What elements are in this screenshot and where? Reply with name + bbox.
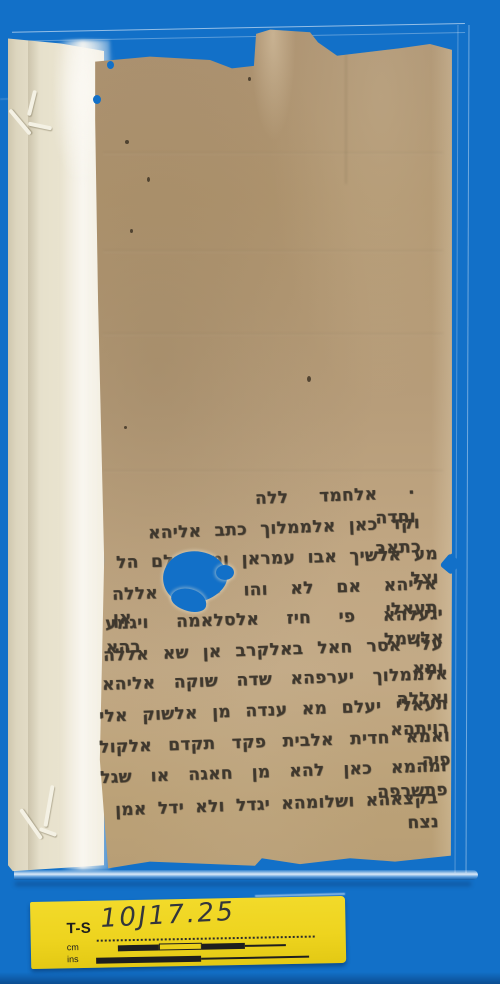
ink-speck (124, 426, 127, 429)
ink-speck (248, 77, 251, 81)
sleeve-bottom-shadow (15, 882, 471, 886)
ink-speck (307, 376, 311, 382)
ink-speck (147, 177, 150, 182)
photo-vignette (0, 972, 500, 984)
ruler-cm-bar (118, 941, 286, 951)
worm-hole (93, 95, 101, 104)
paper-crease (345, 54, 347, 184)
sleeve-bottom-edge (14, 870, 478, 880)
ruler-ins-bar (96, 953, 309, 964)
manuscript-line: · אלחמד ללה וחדה (255, 481, 416, 513)
photo-stage: · אלחמד ללה וחדה וקד כאן אלממלוך כתב אלי… (0, 0, 500, 984)
backing-page-fold (28, 36, 40, 872)
paper-crease (103, 470, 443, 473)
sleeve-right-edge (455, 25, 470, 873)
paper-crease (103, 250, 443, 253)
fragment-hole (216, 565, 234, 580)
ruler-cm-label: cm (67, 942, 79, 952)
ruler-classmark-prefix: T-S (66, 920, 91, 937)
paper-crease (103, 152, 443, 155)
ink-speck (130, 229, 133, 233)
sleeve-top-edge (12, 23, 465, 42)
paper-crease (103, 333, 443, 336)
scale-ruler: T-S 10J17.25 cm ins (30, 896, 346, 969)
ruler-ins-label: ins (67, 954, 79, 964)
ink-speck (125, 140, 129, 144)
worm-hole (107, 61, 114, 69)
